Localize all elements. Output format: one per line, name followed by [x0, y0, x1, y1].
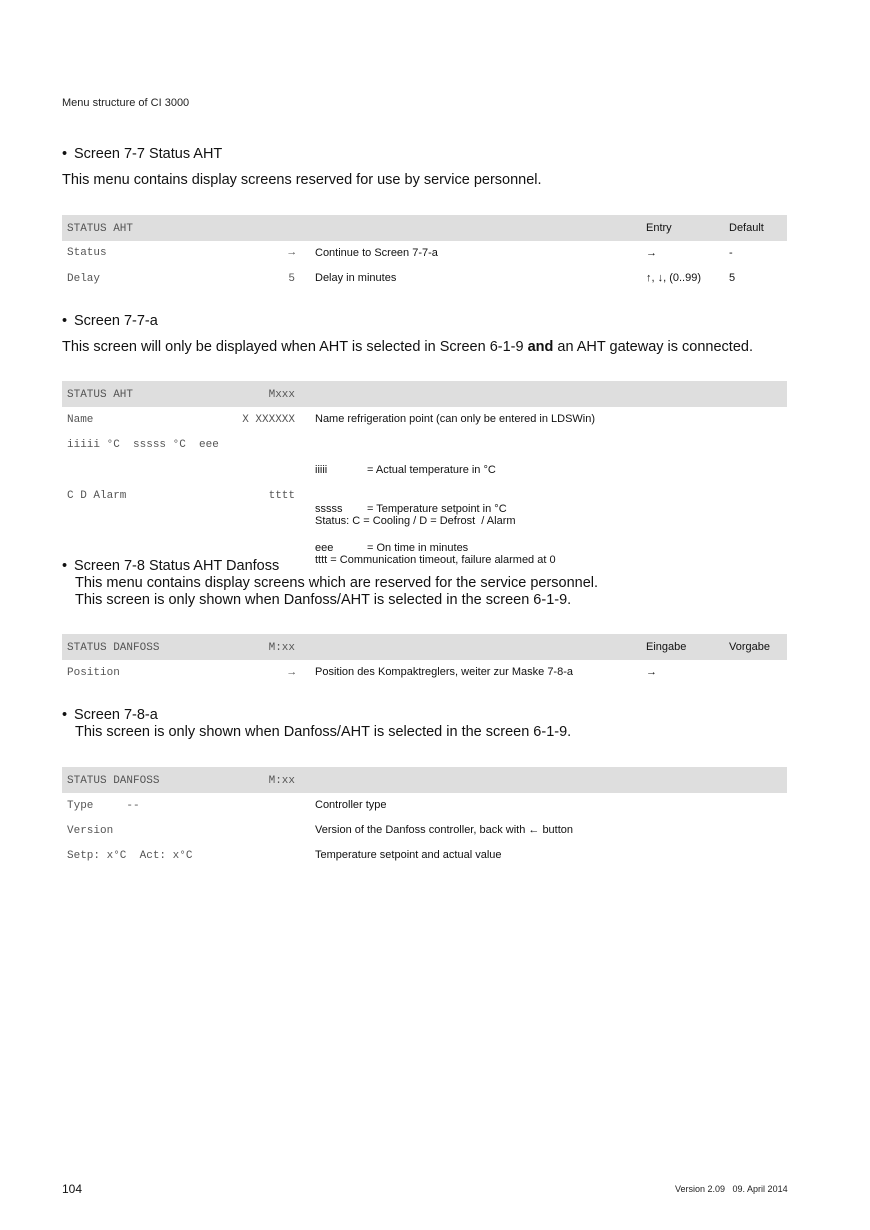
section-title-text: Screen 7-7 Status AHT: [74, 146, 222, 162]
row-description: Temperature setpoint and actual value: [315, 849, 502, 861]
section-intro-7-8-a: This screen is only shown when Danfoss/A…: [75, 724, 571, 741]
row-description: Controller type: [315, 799, 387, 811]
section-title-7-8: •Screen 7-8 Status AHT Danfoss: [62, 558, 279, 574]
table-row: Version Version of the Danfoss controlle…: [62, 824, 787, 846]
table-row: Delay 5 Delay in minutes ↑, ↓, (0..99) 5: [62, 272, 787, 294]
intro-text: an AHT gateway is connected.: [553, 339, 753, 355]
table-header-value: M:xx: [212, 775, 295, 787]
row-label: C D Alarm: [67, 490, 126, 502]
table-header-entry: Eingabe: [646, 641, 686, 653]
table-header-label: STATUS DANFOSS: [67, 642, 159, 654]
row-value: 5: [242, 273, 295, 285]
row-label: Version: [67, 825, 113, 837]
row-value: tttt: [212, 490, 295, 502]
row-default: -: [729, 247, 733, 259]
row-description: Version of the Danfoss controller, back …: [315, 824, 573, 836]
legend-key: iiiii: [315, 464, 367, 477]
section-intro-7-8: This menu contains display screens which…: [75, 575, 598, 609]
table-row: Status → Continue to Screen 7-7-a → -: [62, 246, 787, 268]
table-row: Type -- Controller type: [62, 799, 787, 821]
row-value: →: [242, 247, 295, 259]
table-header-default: Vorgabe: [729, 641, 770, 653]
section-title-7-7-a: •Screen 7-7-a: [62, 313, 158, 329]
section-title-text: Screen 7-8-a: [74, 707, 158, 723]
table-header-7-8: STATUS DANFOSS M:xx Eingabe Vorgabe: [62, 634, 787, 660]
table-row: iiiii °C sssss °C eee iiiii= Actual temp…: [62, 438, 787, 478]
intro-line: This menu contains display screens which…: [75, 575, 598, 592]
row-value: →: [242, 667, 295, 679]
row-description: Delay in minutes: [315, 272, 396, 284]
row-label: Type --: [67, 800, 140, 812]
legend-text: = Actual temperature in °C: [367, 464, 496, 476]
description-line: tttt = Communication timeout, failure al…: [315, 554, 556, 567]
version-info: Version 2.09 09. April 2014: [675, 1184, 788, 1194]
table-row: Setp: x°C Act: x°C Temperature setpoint …: [62, 849, 787, 871]
description-line: Status: C = Cooling / D = Defrost / Alar…: [315, 515, 556, 528]
row-default: 5: [729, 272, 735, 284]
row-label: Name: [67, 414, 93, 426]
legend-item: iiiii= Actual temperature in °C: [315, 464, 507, 477]
row-entry: →: [646, 247, 657, 259]
table-header-7-7-a: STATUS AHT Mxxx: [62, 381, 787, 407]
section-intro-7-7-a: This screen will only be displayed when …: [62, 339, 753, 355]
table-header-default: Default: [729, 222, 764, 234]
row-description: Name refrigeration point (can only be en…: [315, 413, 595, 425]
row-label: Position: [67, 667, 120, 679]
row-entry: ↑, ↓, (0..99): [646, 272, 701, 284]
row-value: X XXXXXX: [212, 414, 295, 426]
table-header-value: Mxxx: [212, 389, 295, 401]
bullet-icon: •: [62, 313, 74, 329]
table-header-7-8-a: STATUS DANFOSS M:xx: [62, 767, 787, 793]
table-header-value: M:xx: [212, 642, 295, 654]
row-entry: →: [646, 666, 657, 678]
table-row: C D Alarm tttt Status: C = Cooling / D =…: [62, 489, 787, 519]
row-description: Position des Kompaktreglers, weiter zur …: [315, 666, 573, 678]
table-header-entry: Entry: [646, 222, 672, 234]
row-label: Delay: [67, 273, 100, 285]
table-row: Position → Position des Kompaktreglers, …: [62, 666, 787, 688]
running-header: Menu structure of CI 3000: [62, 97, 189, 109]
intro-text: This screen will only be displayed when …: [62, 339, 528, 355]
row-description: Continue to Screen 7-7-a: [315, 247, 438, 259]
section-title-7-8-a: •Screen 7-8-a: [62, 707, 158, 723]
section-title-7-7: •Screen 7-7 Status AHT: [62, 146, 222, 162]
row-label: Status: [67, 247, 107, 259]
table-header-label: STATUS AHT: [67, 223, 133, 235]
intro-line: This screen is only shown when Danfoss/A…: [75, 592, 598, 609]
intro-line: This screen is only shown when Danfoss/A…: [75, 724, 571, 741]
section-title-text: Screen 7-7-a: [74, 313, 158, 329]
bullet-icon: •: [62, 558, 74, 574]
table-row: Name X XXXXXX Name refrigeration point (…: [62, 413, 787, 435]
table-header-label: STATUS AHT: [67, 389, 133, 401]
bullet-icon: •: [62, 146, 74, 162]
table-header-label: STATUS DANFOSS: [67, 775, 159, 787]
row-label: Setp: x°C Act: x°C: [67, 850, 192, 862]
section-title-text: Screen 7-8 Status AHT Danfoss: [74, 558, 279, 574]
bullet-icon: •: [62, 707, 74, 723]
table-header-7-7: STATUS AHT Entry Default: [62, 215, 787, 241]
section-intro-7-7: This menu contains display screens reser…: [62, 172, 542, 188]
intro-bold-text: and: [528, 339, 554, 355]
page-number: 104: [62, 1182, 82, 1196]
row-label: iiiii °C sssss °C eee: [67, 439, 219, 451]
